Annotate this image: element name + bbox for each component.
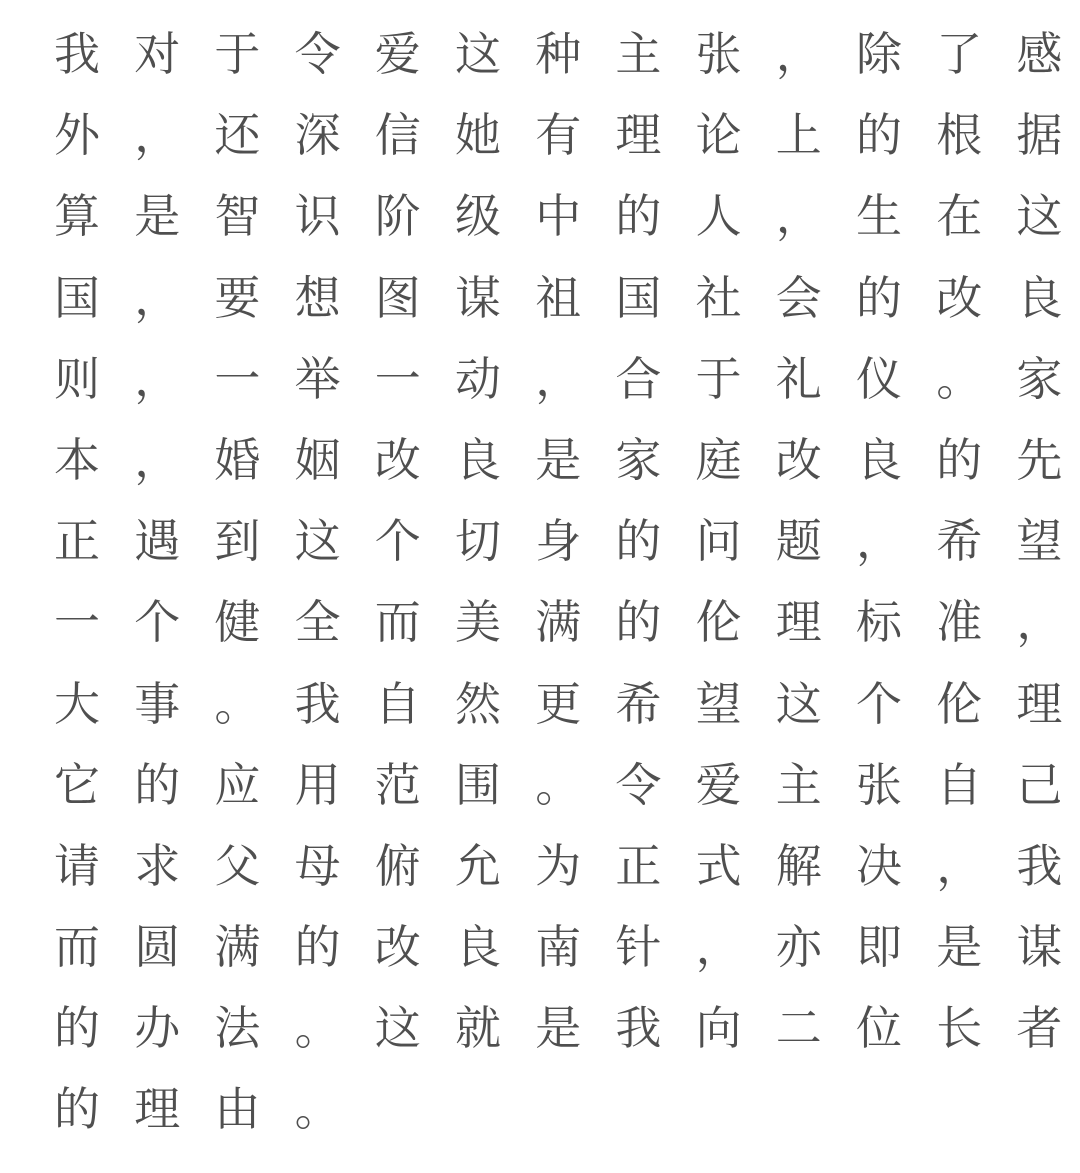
text-line: 则，一举一动，合于礼仪。家庭是社会的根 [54,339,1029,420]
text-line: 正遇到这个切身的问题，希望自己能够依照着 [54,501,1029,582]
text-line: 算是智识阶级中的人，生在这个过渡时代的中 [54,176,1029,257]
text-line: 它的应用范围。令爱主张自己选择，而以最后 [54,745,1029,826]
document-body: 我对于令爱这种主张，除了感情上的叹服以 外，还深信她有理论上的根据。我们留学生总… [54,14,1029,1151]
text-line: 而圆满的改良南针，亦即是谋新旧调和最妥善 [54,907,1029,988]
text-line: 请求父母俯允为正式解决，我以为这是最健全 [54,826,1029,907]
text-line: 一个健全而美满的伦理标准，以解决我的终身 [54,582,1029,663]
text-line: 的办法。这就是我向二位长者写这封求婚信书 [54,988,1029,1069]
text-line: 大事。我自然更希望这个伦理标准，能够扩大 [54,664,1029,745]
text-line: 国，要想图谋祖国社会的改良，首当以身作 [54,258,1029,339]
text-line: 我对于令爱这种主张，除了感情上的叹服以 [54,14,1029,95]
text-line: 的理由。 [54,1069,1029,1150]
text-line: 外，还深信她有理论上的根据。我们留学生总 [54,95,1029,176]
text-line: 本，婚姻改良是家庭改良的先决问题。我现在 [54,420,1029,501]
